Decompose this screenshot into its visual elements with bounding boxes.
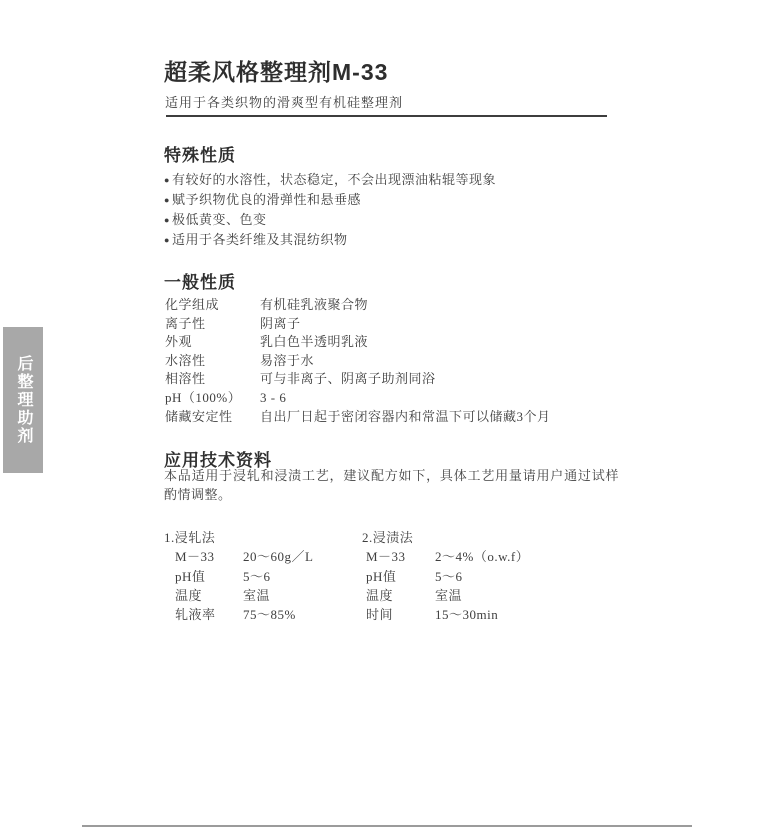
category-tab-label: 后整理助剂 [15, 355, 31, 445]
table-row: M－33 2～4%（o.w.f） [362, 547, 529, 566]
method-row-value: 5～6 [243, 567, 271, 586]
table-row: pH（100%） 3 - 6 [165, 389, 551, 408]
bullet-icon: ● [164, 175, 170, 185]
property-label: 化学组成 [165, 296, 260, 315]
table-row: pH值 5～6 [164, 567, 313, 586]
property-value: 有机硅乳液聚合物 [260, 296, 368, 315]
method-row-value: 75～85% [243, 605, 296, 624]
application-intro: 本品适用于浸轧和浸渍工艺，建议配方如下，具体工艺用量请用户通过试样酌情调整。 [164, 467, 619, 504]
list-item: ●有较好的水溶性，状态稳定，不会出现漂油粘辊等现象 [164, 170, 496, 190]
method-row-label: pH值 [366, 567, 435, 586]
table-row: M－33 20～60g／L [164, 547, 313, 566]
method-row-value: 室温 [243, 586, 270, 605]
table-row: 水溶性 易溶于水 [165, 352, 551, 371]
category-tab: 后整理助剂 [3, 327, 43, 473]
special-properties-list: ●有较好的水溶性，状态稳定，不会出现漂油粘辊等现象 ●赋予织物优良的滑弹性和悬垂… [164, 170, 496, 250]
method-row-label: 温度 [175, 586, 243, 605]
property-label: 外观 [165, 333, 260, 352]
method-title: 2.浸渍法 [362, 528, 529, 547]
table-row: 温度 室温 [164, 586, 313, 605]
method-row-value: 2～4%（o.w.f） [435, 547, 529, 566]
header-divider [166, 115, 607, 117]
property-value: 3 - 6 [260, 389, 286, 408]
method-row-value: 5～6 [435, 567, 463, 586]
table-row: 化学组成 有机硅乳液聚合物 [165, 296, 551, 315]
method-row-value: 20～60g／L [243, 547, 313, 566]
method-dipping: 2.浸渍法 M－33 2～4%（o.w.f） pH值 5～6 温度 室温 时间 … [362, 528, 529, 624]
product-subtitle: 适用于各类织物的滑爽型有机硅整理剂 [165, 94, 403, 111]
method-row-label: 轧液率 [175, 605, 243, 624]
property-value: 可与非离子、阴离子助剂同浴 [260, 370, 436, 389]
list-item: ●适用于各类纤维及其混纺织物 [164, 230, 496, 250]
property-label: 水溶性 [165, 352, 260, 371]
method-row-label: pH值 [175, 567, 243, 586]
footer-divider [82, 825, 692, 827]
table-row: 温度 室温 [362, 586, 529, 605]
bullet-icon: ● [164, 215, 170, 225]
list-item-text: 赋予织物优良的滑弹性和悬垂感 [172, 192, 361, 207]
method-title: 1.浸轧法 [164, 528, 313, 547]
list-item-text: 有较好的水溶性，状态稳定，不会出现漂油粘辊等现象 [172, 172, 496, 187]
property-label: 相溶性 [165, 370, 260, 389]
table-row: 相溶性 可与非离子、阴离子助剂同浴 [165, 370, 551, 389]
list-item-text: 极低黄变、色变 [172, 212, 267, 227]
method-row-label: M－33 [175, 547, 243, 566]
bullet-icon: ● [164, 195, 170, 205]
bullet-icon: ● [164, 235, 170, 245]
method-row-label: 时间 [366, 605, 435, 624]
general-properties-table: 化学组成 有机硅乳液聚合物 离子性 阴离子 外观 乳白色半透明乳液 水溶性 易溶… [165, 296, 551, 426]
method-padding: 1.浸轧法 M－33 20～60g／L pH值 5～6 温度 室温 轧液率 75… [164, 528, 313, 624]
property-value: 阴离子 [260, 315, 301, 334]
method-row-value: 室温 [435, 586, 462, 605]
property-value: 乳白色半透明乳液 [260, 333, 368, 352]
method-row-label: 温度 [366, 586, 435, 605]
property-label: 离子性 [165, 315, 260, 334]
table-row: 时间 15～30min [362, 605, 529, 624]
method-row-label: M－33 [366, 547, 435, 566]
section-heading-special-properties: 特殊性质 [164, 145, 236, 167]
table-row: 储藏安定性 自出厂日起于密闭容器内和常温下可以储藏3个月 [165, 408, 551, 427]
list-item-text: 适用于各类纤维及其混纺织物 [172, 232, 348, 247]
list-item: ●赋予织物优良的滑弹性和悬垂感 [164, 190, 496, 210]
table-row: 轧液率 75～85% [164, 605, 313, 624]
property-label: pH（100%） [165, 389, 260, 408]
method-row-value: 15～30min [435, 605, 498, 624]
table-row: 离子性 阴离子 [165, 315, 551, 334]
table-row: pH值 5～6 [362, 567, 529, 586]
property-value: 自出厂日起于密闭容器内和常温下可以储藏3个月 [260, 408, 551, 427]
property-value: 易溶于水 [260, 352, 314, 371]
document-page: 后整理助剂 超柔风格整理剂M-33 适用于各类织物的滑爽型有机硅整理剂 特殊性质… [0, 0, 758, 829]
table-row: 外观 乳白色半透明乳液 [165, 333, 551, 352]
property-label: 储藏安定性 [165, 408, 260, 427]
section-heading-general-properties: 一般性质 [164, 272, 236, 294]
list-item: ●极低黄变、色变 [164, 210, 496, 230]
product-title: 超柔风格整理剂M-33 [164, 57, 388, 87]
